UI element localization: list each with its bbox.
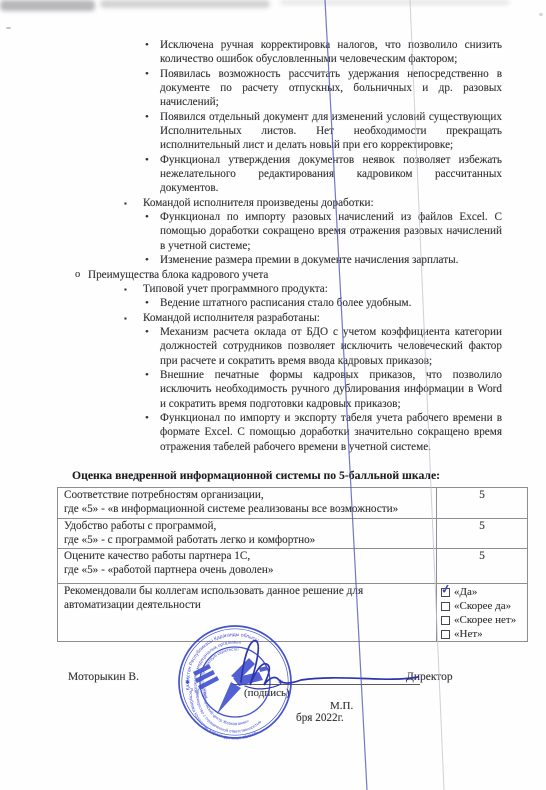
scanned-review-document: •Исключена ручная корректировка налогов,… [0,0,546,790]
bullet-icon: ▪ [124,312,127,326]
checkbox [441,602,450,611]
checkbox [441,588,450,597]
recommend-options: «Да» «Скорее да» «Скорее нет» «Нет» [437,584,527,641]
bullet-icon: • [145,368,149,382]
checkbox [441,630,450,639]
scan-smudge [0,0,95,11]
scan-smudge [100,0,270,8]
criterion-cell: Соответствие потребностям организации, г… [58,488,437,518]
criterion-cell: Удобство работы с программой, где «5» - … [58,519,437,548]
list-item: ▪Командой исполнителя разработаны: [143,311,502,325]
checkbox [441,616,450,625]
table-row: Удобство работы с программой, где «5» - … [58,519,527,549]
bullet-icon: o [75,268,80,282]
scan-speck [6,27,11,29]
criterion-line: Оцените качество работы партнера 1С, [64,550,430,564]
list-item-text: Механизм расчета оклада от БДО с учетом … [160,326,502,367]
bullet-icon: ▪ [124,283,127,297]
list-item: •Функционал по импорту разовых начислени… [160,210,502,253]
list-item: ▪Типовой учет программного продукта: [143,282,502,296]
list-item-text: Исключена ручная корректировка налогов, … [160,39,502,65]
option-label: «Нет» [454,628,483,640]
bullet-icon: • [145,296,149,310]
list-item-text: Ведение штатного расписания стало более … [160,297,411,309]
option-row: «Нет» [441,627,527,641]
list-item-text: Внешние печатные формы кадровых приказов… [160,369,502,410]
date-fragment: бря 2022г. [296,712,344,724]
bullet-icon: • [145,67,149,81]
list-item: •Функционал по импорту и экспорту табеля… [160,411,502,454]
list-item-text: Изменение размера премии в документе нач… [160,254,458,266]
score-cell: 5 [437,549,527,583]
option-row: «Да» [441,585,527,599]
scan-smudge [280,0,510,5]
list-item-text: Появилась возможность рассчитать удержан… [160,68,502,109]
rating-heading: Оценка внедренной информационной системы… [72,469,440,482]
option-row: «Скорее да» [441,599,527,613]
bullet-icon: • [145,253,149,267]
list-item: •Ведение штатного расписания стало более… [160,296,502,310]
list-item: •Механизм расчета оклада от БДО с учетом… [160,325,502,368]
option-label: «Скорее нет» [454,614,516,626]
table-row: Оцените качество работы партнера 1С, где… [58,549,527,584]
bullet-icon: • [145,153,149,167]
list-item-text: Преимущества блока кадрового учета [88,269,268,281]
criterion-cell: Оцените качество работы партнера 1С, где… [58,549,437,583]
bullet-icon: • [145,210,149,224]
list-item-text: Функционал по импорту разовых начислений… [160,211,502,252]
list-item-text: Командой исполнителя произведены доработ… [143,197,374,209]
criterion-line: Рекомендовали бы коллегам использовать д… [64,585,430,599]
table-row: Соответствие потребностям организации, г… [58,488,527,519]
list-item-text: Функционал по импорту и экспорту табеля … [160,412,502,453]
bullet-list: •Исключена ручная корректировка налогов,… [0,38,546,469]
criterion-line: где «5» - «в информационной системе реал… [64,503,430,517]
criterion-line: Удобство работы с программой, [64,520,430,534]
option-label: «Да» [454,586,477,598]
svg-text:✱: ✱ [185,679,190,686]
signer-name: Моторыкин В. [68,671,139,683]
handwritten-signature [205,628,430,698]
score-cell: 5 [437,519,527,548]
rating-table: Соответствие потребностям организации, г… [57,487,528,642]
list-item: •Внешние печатные формы кадровых приказо… [160,368,502,411]
list-item: •Функционал утверждения документов неяво… [160,153,502,196]
criterion-line: где «5» - с программой работать легко и … [64,534,430,548]
list-item-text: Командой исполнителя разработаны: [143,312,320,324]
seal-mark: М.П. [330,700,353,712]
list-item-text: Функционал утверждения документов неявок… [160,154,502,195]
option-label: «Скорее да» [454,600,511,612]
list-item: •Появился отдельный документ для изменен… [160,110,502,153]
criterion-line: автоматизации деятельности [64,599,430,613]
list-item-text: Типовой учет программного продукта: [143,283,328,295]
list-item: •Исключена ручная корректировка налогов,… [160,38,502,67]
list-item: •Изменение размера премии в документе на… [160,253,502,267]
bullet-icon: ▪ [124,197,127,211]
bullet-icon: • [145,110,149,124]
list-item-text: Появился отдельный документ для изменени… [160,111,502,152]
list-item: •Появилась возможность рассчитать удержа… [160,67,502,110]
criterion-line: Соответствие потребностям организации, [64,489,430,503]
list-item: ▪Командой исполнителя произведены дорабо… [143,196,502,210]
bullet-icon: • [145,411,149,425]
option-row: «Скорее нет» [441,613,527,627]
bullet-icon: • [145,38,149,52]
score-cell: 5 [437,488,527,518]
list-item: oПреимущества блока кадрового учета [88,268,502,282]
scan-speck [539,13,543,16]
criterion-line: где «5» - «работой партнера очень доволе… [64,564,430,578]
bullet-icon: • [145,325,149,339]
